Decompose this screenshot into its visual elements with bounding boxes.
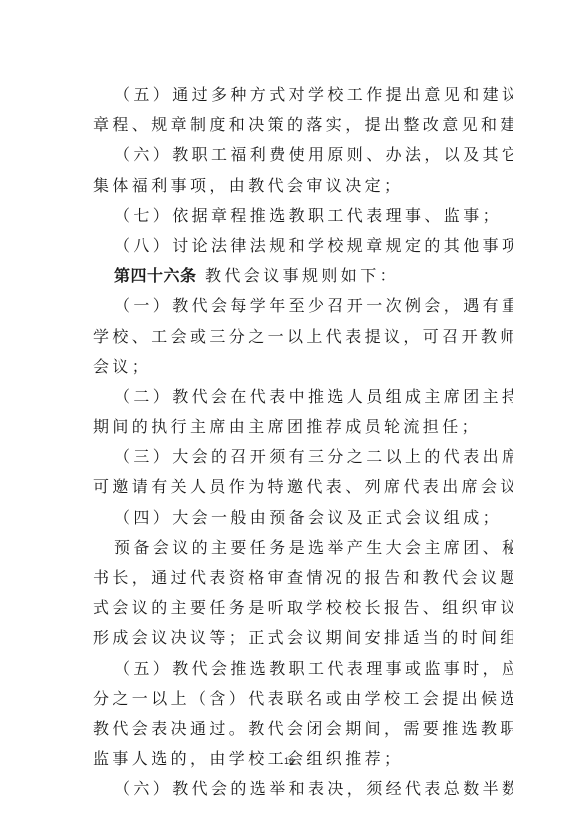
text-line: （六）教代会的选举和表决，须经代表总数半数以上同意方 xyxy=(93,774,513,804)
text-line: （五）通过多种方式对学校工作提出意见和建议，监督学校 xyxy=(93,80,513,110)
text-line: 形成会议决议等；正式会议期间安排适当的时间组织代表讨论； xyxy=(93,623,513,653)
text-line: （八）讨论法律法规和学校规章规定的其他事项。 xyxy=(93,231,513,261)
text-line: 期间的执行主席由主席团推荐成员轮流担任； xyxy=(93,412,513,442)
text-line: 集体福利事项，由教代会审议决定； xyxy=(93,171,513,201)
text-line: 会议； xyxy=(93,352,513,382)
text-line: （二）教代会在代表中推选人员组成主席团主持会议，大会 xyxy=(93,382,513,412)
text-line: （一）教代会每学年至少召开一次例会，遇有重大事项，经 xyxy=(93,291,513,321)
text-line: 分之一以上（含）代表联名或由学校工会提出候选人议题，提请 xyxy=(93,684,513,714)
text-line: 可邀请有关人员作为特邀代表、列席代表出席会议； xyxy=(93,472,513,502)
text-line: 教代会表决通过。教代会闭会期间，需要推选教职工代表理事或 xyxy=(93,714,513,744)
text-line: （六）教职工福利费使用原则、办法，以及其它有关教职工 xyxy=(93,140,513,170)
article-heading-text: 教代会议事规则如下： xyxy=(197,266,400,285)
page-number: 16 xyxy=(0,756,578,766)
text-line: 书长，通过代表资格审查情况的报告和教代会议题、议程等；正 xyxy=(93,563,513,593)
text-line: （七）依据章程推选教职工代表理事、监事； xyxy=(93,201,513,231)
text-line: （三）大会的召开须有三分之二以上的代表出席，根据需要 xyxy=(93,442,513,472)
article-heading-line: 第四十六条 教代会议事规则如下： xyxy=(93,261,513,291)
document-page: （五）通过多种方式对学校工作提出意见和建议，监督学校 章程、规章制度和决策的落实… xyxy=(0,0,578,824)
text-line: （五）教代会推选教职工代表理事或监事时，应由教代会十 xyxy=(93,654,513,684)
text-line: 章程、规章制度和决策的落实，提出整改意见和建议； xyxy=(93,110,513,140)
text-line: 预备会议的主要任务是选举产生大会主席团、秘书长和副秘 xyxy=(93,533,513,563)
text-line: （四）大会一般由预备会议及正式会议组成； xyxy=(93,503,513,533)
article-label: 第四十六条 xyxy=(114,266,197,285)
text-line: 式会议的主要任务是听取学校校长报告、组织审议、选举、表决、 xyxy=(93,593,513,623)
text-line: 学校、工会或三分之一以上代表提议，可召开教师代表大会临时 xyxy=(93,322,513,352)
document-body: （五）通过多种方式对学校工作提出意见和建议，监督学校 章程、规章制度和决策的落实… xyxy=(93,80,513,805)
